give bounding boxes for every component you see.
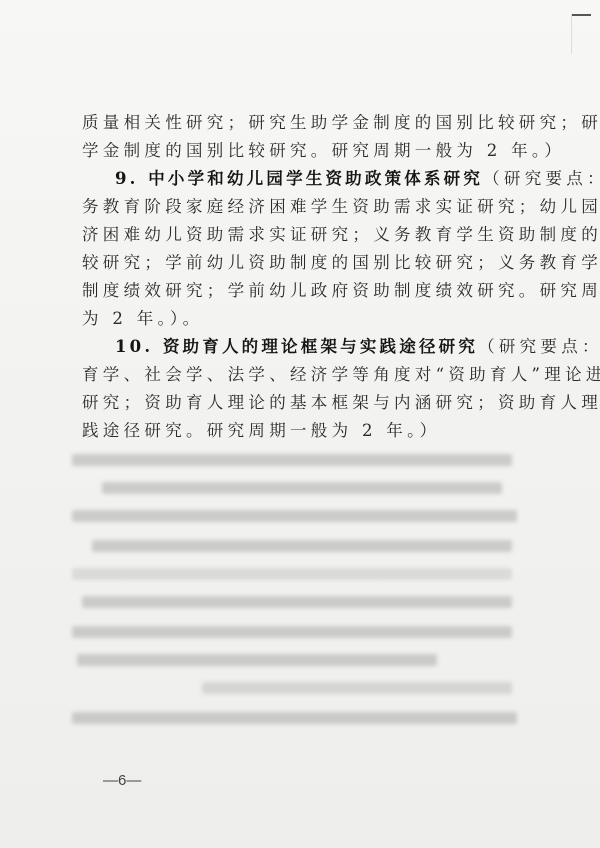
text-line: 学金制度的国别比较研究。研究周期一般为 2 年。）	[82, 137, 522, 165]
item-lead-text: （研究要点：义	[483, 169, 600, 188]
item-number: 9.	[115, 169, 139, 188]
document-body: 质量相关性研究；研究生助学金制度的国别比较研究；研究生奖 学金制度的国别比较研究…	[82, 109, 522, 445]
text-line: 济困难幼儿资助需求实证研究；义务教育学生资助制度的国别比	[82, 221, 522, 249]
page-number: —6—	[103, 772, 141, 789]
text-line: 制度绩效研究；学前幼儿政府资助制度绩效研究。研究周期一般	[82, 277, 522, 305]
text-line: 质量相关性研究；研究生助学金制度的国别比较研究；研究生奖	[82, 109, 522, 137]
item-number: 10.	[115, 337, 153, 356]
scan-corner-mark	[571, 14, 591, 16]
text-line: 为 2 年。）。	[82, 305, 522, 333]
item-title: 资助育人的理论框架与实践途径研究	[163, 337, 478, 356]
scanned-page: 质量相关性研究；研究生助学金制度的国别比较研究；研究生奖 学金制度的国别比较研究…	[0, 0, 600, 848]
text-line: 研究；资助育人理论的基本框架与内涵研究；资助育人理论的实	[82, 389, 522, 417]
text-line: 育学、社会学、法学、经济学等角度对“资助育人”理论进行规范	[82, 361, 522, 389]
item-title: 中小学和幼儿园学生资助政策体系研究	[148, 169, 483, 188]
item-10-heading-line: 10. 资助育人的理论框架与实践途径研究（研究要点：从教	[82, 333, 522, 361]
item-9-heading-line: 9. 中小学和幼儿园学生资助政策体系研究（研究要点：义	[82, 165, 522, 193]
scan-edge-line	[571, 14, 572, 54]
text-line: 较研究；学前幼儿资助制度的国别比较研究；义务教育学生资助	[82, 249, 522, 277]
text-line: 务教育阶段家庭经济困难学生资助需求实证研究；幼儿园家庭经	[82, 193, 522, 221]
bleed-through-text	[72, 440, 532, 740]
item-lead-text: （研究要点：从教	[478, 337, 600, 356]
